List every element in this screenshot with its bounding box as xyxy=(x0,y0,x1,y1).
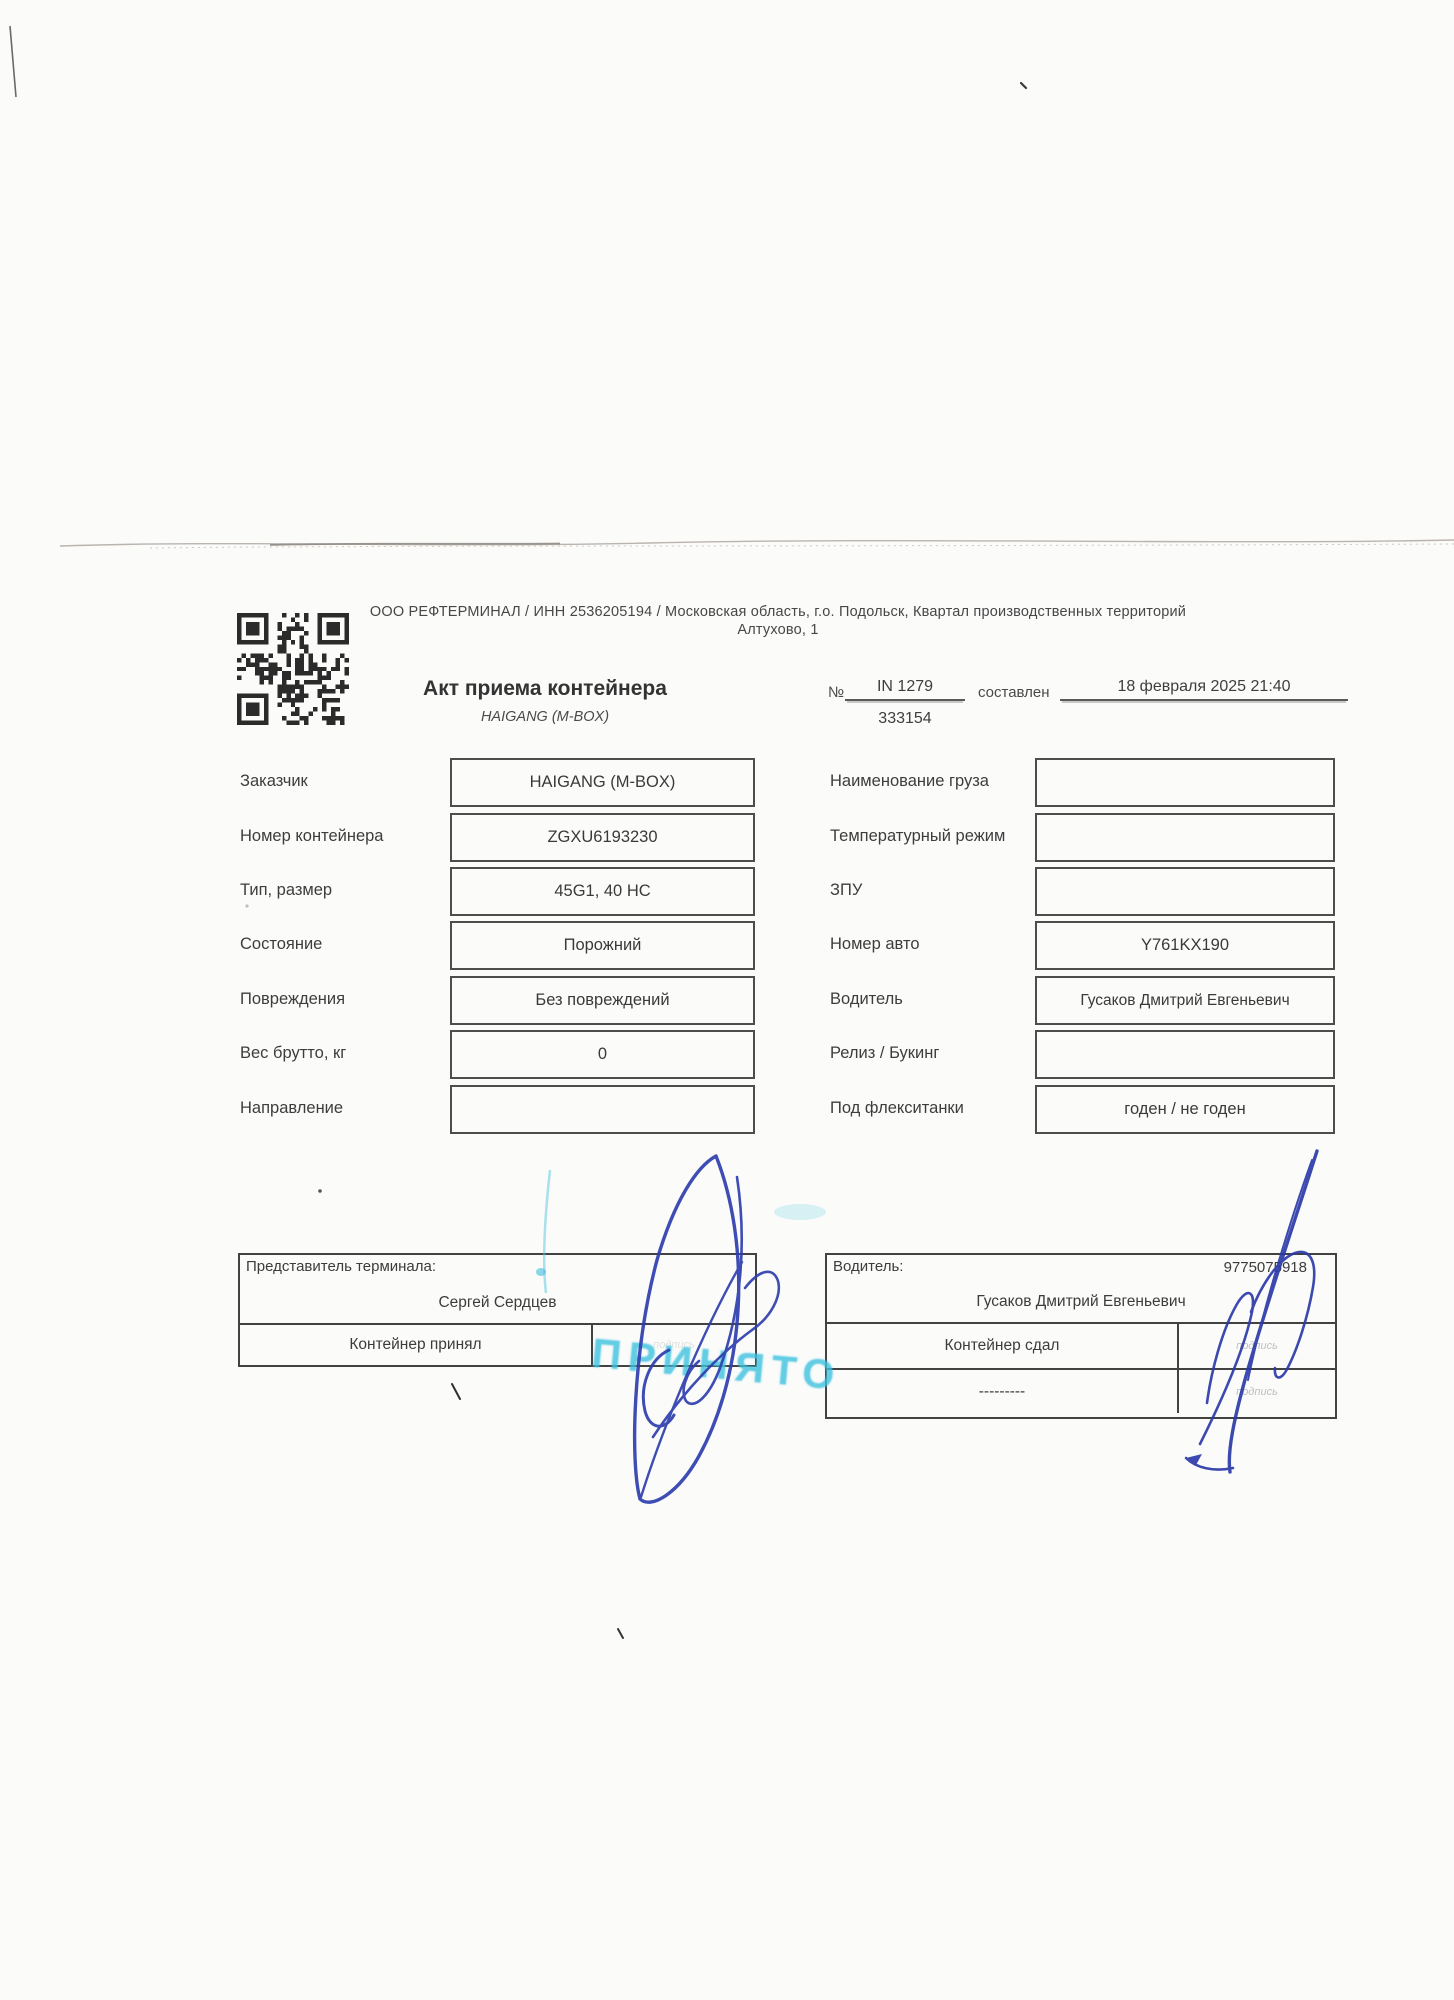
field-label-gross-weight: Вес брутто, кг xyxy=(240,1044,346,1063)
driver-phone: 9775075918 xyxy=(1224,1259,1307,1276)
field-label-flexitank: Под флекситанки xyxy=(830,1099,964,1118)
field-label-container-number: Номер контейнера xyxy=(240,827,383,846)
accepted-stamp: ПРИНЯТО xyxy=(590,1330,844,1399)
field-label-direction: Направление xyxy=(240,1099,343,1118)
composed-datetime: 18 февраля 2025 21:40 xyxy=(1060,678,1348,701)
field-label-damages: Повреждения xyxy=(240,990,345,1009)
scan-corner-mark xyxy=(10,26,16,97)
terminal-block-header: Представитель терминала: xyxy=(246,1258,436,1275)
field-value-customer: HAIGANG (M-BOX) xyxy=(450,758,755,807)
driver-action-label: Контейнер сдал xyxy=(945,1337,1060,1355)
field-label-temperature-mode: Температурный режим xyxy=(830,827,1005,846)
field-value-condition: Порожний xyxy=(450,921,755,970)
driver-signature-placeholder-2: подпись xyxy=(1236,1386,1278,1398)
org-header: ООО РЕФТЕРМИНАЛ / ИНН 2536205194 / Моско… xyxy=(360,603,1196,639)
document-title: Акт приема контейнера xyxy=(370,677,720,701)
act-number-secondary: 333154 xyxy=(845,710,965,728)
document-subtitle: HAIGANG (M-BOX) xyxy=(370,709,720,725)
number-label: № xyxy=(828,684,844,701)
org-header-line1: ООО РЕФТЕРМИНАЛ / ИНН 2536205194 / Моско… xyxy=(360,603,1196,621)
field-label-truck-number: Номер авто xyxy=(830,935,920,954)
driver-dashes: --------- xyxy=(979,1383,1025,1401)
act-number: IN 1279 xyxy=(845,678,965,701)
scan-page-edge-line xyxy=(60,540,1454,548)
org-header-line2: Алтухово, 1 xyxy=(360,621,1196,639)
field-value-temperature-mode xyxy=(1035,813,1335,862)
scanned-document-page: ООО РЕФТЕРМИНАЛ / ИНН 2536205194 / Моско… xyxy=(0,0,1454,2000)
field-value-damages: Без повреждений xyxy=(450,976,755,1025)
composed-label: составлен xyxy=(978,684,1050,701)
field-value-flexitank: годен / не годен xyxy=(1035,1085,1335,1134)
driver-dashes-cell: --------- xyxy=(827,1370,1179,1413)
driver-name: Гусаков Дмитрий Евгеньевич xyxy=(827,1293,1335,1311)
field-label-type-size: Тип, размер xyxy=(240,881,332,900)
field-value-seal xyxy=(1035,867,1335,916)
field-value-release-booking xyxy=(1035,1030,1335,1079)
driver-signature-cell-2: подпись xyxy=(1179,1370,1335,1413)
field-label-condition: Состояние xyxy=(240,935,322,954)
field-value-truck-number: Y761KX190 xyxy=(1035,921,1335,970)
field-label-release-booking: Релиз / Букинг xyxy=(830,1044,939,1063)
terminal-action-cell: Контейнер принял xyxy=(240,1325,593,1365)
field-value-type-size: 45G1, 40 HC xyxy=(450,867,755,916)
terminal-representative-name: Сергей Сердцев xyxy=(240,1294,755,1312)
field-value-cargo-name xyxy=(1035,758,1335,807)
field-label-seal: ЗПУ xyxy=(830,881,862,900)
driver-action-cell: Контейнер сдал xyxy=(827,1324,1179,1368)
field-label-driver: Водитель xyxy=(830,990,903,1009)
driver-signature-block: Водитель: 9775075918 Гусаков Дмитрий Евг… xyxy=(825,1253,1337,1419)
terminal-action-label: Контейнер принял xyxy=(349,1336,481,1354)
field-label-customer: Заказчик xyxy=(240,772,308,791)
qr-code xyxy=(237,613,349,725)
driver-signature-placeholder: подпись xyxy=(1236,1340,1278,1352)
field-value-container-number: ZGXU6193230 xyxy=(450,813,755,862)
driver-block-header: Водитель: xyxy=(833,1258,903,1275)
field-value-direction xyxy=(450,1085,755,1134)
field-label-cargo-name: Наименование груза xyxy=(830,772,989,791)
field-value-gross-weight: 0 xyxy=(450,1030,755,1079)
driver-signature-cell: подпись xyxy=(1179,1324,1335,1368)
field-value-driver: Гусаков Дмитрий Евгеньевич xyxy=(1035,976,1335,1025)
